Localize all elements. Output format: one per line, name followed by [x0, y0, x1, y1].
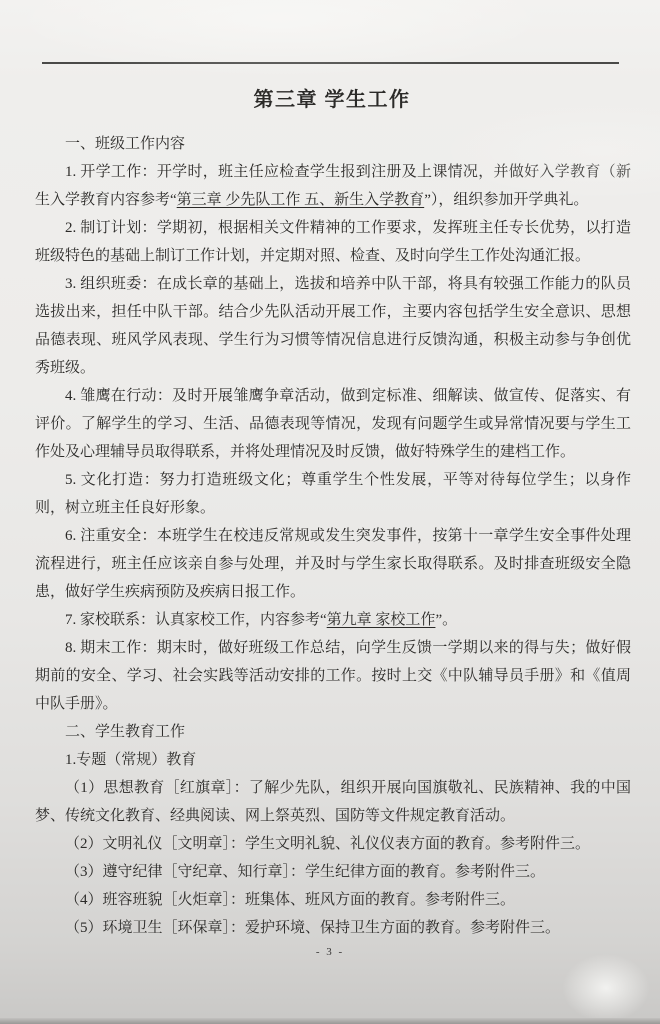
text-run: 1.专题（常规）教育 — [65, 752, 196, 768]
paragraph-list-item: （4）班容班貌［火炬章］：班集体、班风方面的教育。参考附件三。 — [35, 886, 631, 914]
paragraph-numbered-item: 7. 家校联系：认真家校工作，内容参考“第九章 家校工作”。 — [35, 606, 631, 634]
text-run: （3）遵守纪律［守纪章、知行章］：学生纪律方面的教育。参考附件三。 — [65, 864, 545, 880]
paragraph-numbered-item: 8. 期末工作：期末时，做好班级工作总结，向学生反馈一学期以来的得与失；做好假期… — [35, 634, 631, 718]
paragraph-section-heading: 二、学生教育工作 — [35, 718, 631, 746]
header-rule — [42, 62, 619, 64]
document-page: 第三章 学生工作 一、班级工作内容1. 开学工作：开学时，班主任应检查学生报到注… — [0, 0, 660, 1024]
text-run: 5. 文化打造：努力打造班级文化；尊重学生个性发展，平等对待每位学生；以身作则，… — [35, 472, 631, 516]
text-run: （2）文明礼仪［文明章］：学生文明礼貌、礼仪仪表方面的教育。参考附件三。 — [65, 836, 590, 852]
text-run: （4）班容班貌［火炬章］：班集体、班风方面的教育。参考附件三。 — [65, 892, 515, 908]
chapter-title: 第三章 学生工作 — [34, 87, 630, 113]
paragraph-list-item: （2）文明礼仪［文明章］：学生文明礼貌、礼仪仪表方面的教育。参考附件三。 — [35, 830, 631, 858]
page-number: - 3 - — [0, 946, 660, 958]
document-body: 一、班级工作内容1. 开学工作：开学时，班主任应检查学生报到注册及上课情况，并做… — [35, 130, 631, 942]
paragraph-sub-heading: 1.专题（常规）教育 — [35, 746, 631, 774]
paragraph-list-item: （3）遵守纪律［守纪章、知行章］：学生纪律方面的教育。参考附件三。 — [35, 858, 631, 886]
text-run: 8. 期末工作：期末时，做好班级工作总结，向学生反馈一学期以来的得与失；做好假期… — [35, 640, 631, 712]
text-run: 3. 组织班委：在成长章的基础上，选拔和培养中队干部，将具有较强工作能力的队员选… — [35, 276, 631, 376]
text-run: （1）思想教育［红旗章］：了解少先队，组织开展向国旗敬礼、民族精神、我的中国梦、… — [35, 780, 631, 824]
cross-reference-underlined: 第九章 家校工作 — [327, 612, 436, 628]
text-run: 7. 家校联系：认真家校工作，内容参考“ — [65, 612, 327, 628]
text-run: 4. 雏鹰在行动：及时开展雏鹰争章活动，做到定标准、细解读、做宣传、促落实、有评… — [35, 388, 631, 460]
text-run: ”），组织参加开学典礼。 — [424, 192, 588, 208]
paragraph-list-item: （1）思想教育［红旗章］：了解少先队，组织开展向国旗敬礼、民族精神、我的中国梦、… — [35, 774, 631, 830]
text-run: 2. 制订计划：学期初，根据相关文件精神的工作要求，发挥班主任专长优势，以打造班… — [35, 220, 631, 264]
text-run: 6. 注重安全：本班学生在校违反常规或发生突发事件，按第十一章学生安全事件处理流… — [35, 528, 631, 600]
screen-bottom-edge — [0, 1018, 660, 1024]
paragraph-numbered-item: 3. 组织班委：在成长章的基础上，选拔和培养中队干部，将具有较强工作能力的队员选… — [35, 270, 631, 382]
paragraph-numbered-item: 4. 雏鹰在行动：及时开展雏鹰争章活动，做到定标准、细解读、做宣传、促落实、有评… — [35, 382, 631, 466]
text-run: 二、学生教育工作 — [65, 724, 185, 740]
paragraph-section-heading: 一、班级工作内容 — [35, 130, 631, 158]
paragraph-numbered-item: 1. 开学工作：开学时，班主任应检查学生报到注册及上课情况，并做好入学教育（新生… — [35, 158, 631, 214]
paragraph-numbered-item: 2. 制订计划：学期初，根据相关文件精神的工作要求，发挥班主任专长优势，以打造班… — [35, 214, 631, 270]
paragraph-numbered-item: 5. 文化打造：努力打造班级文化；尊重学生个性发展，平等对待每位学生；以身作则，… — [35, 466, 631, 522]
paragraph-numbered-item: 6. 注重安全：本班学生在校违反常规或发生突发事件，按第十一章学生安全事件处理流… — [35, 522, 631, 606]
paragraph-list-item: （5）环境卫生［环保章］：爱护环境、保持卫生方面的教育。参考附件三。 — [35, 914, 631, 942]
cross-reference-underlined: 第三章 少先队工作 五、新生入学教育 — [177, 192, 425, 208]
text-run: （5）环境卫生［环保章］：爱护环境、保持卫生方面的教育。参考附件三。 — [65, 920, 560, 936]
text-run: 一、班级工作内容 — [65, 136, 185, 152]
text-run: ”。 — [435, 612, 457, 628]
